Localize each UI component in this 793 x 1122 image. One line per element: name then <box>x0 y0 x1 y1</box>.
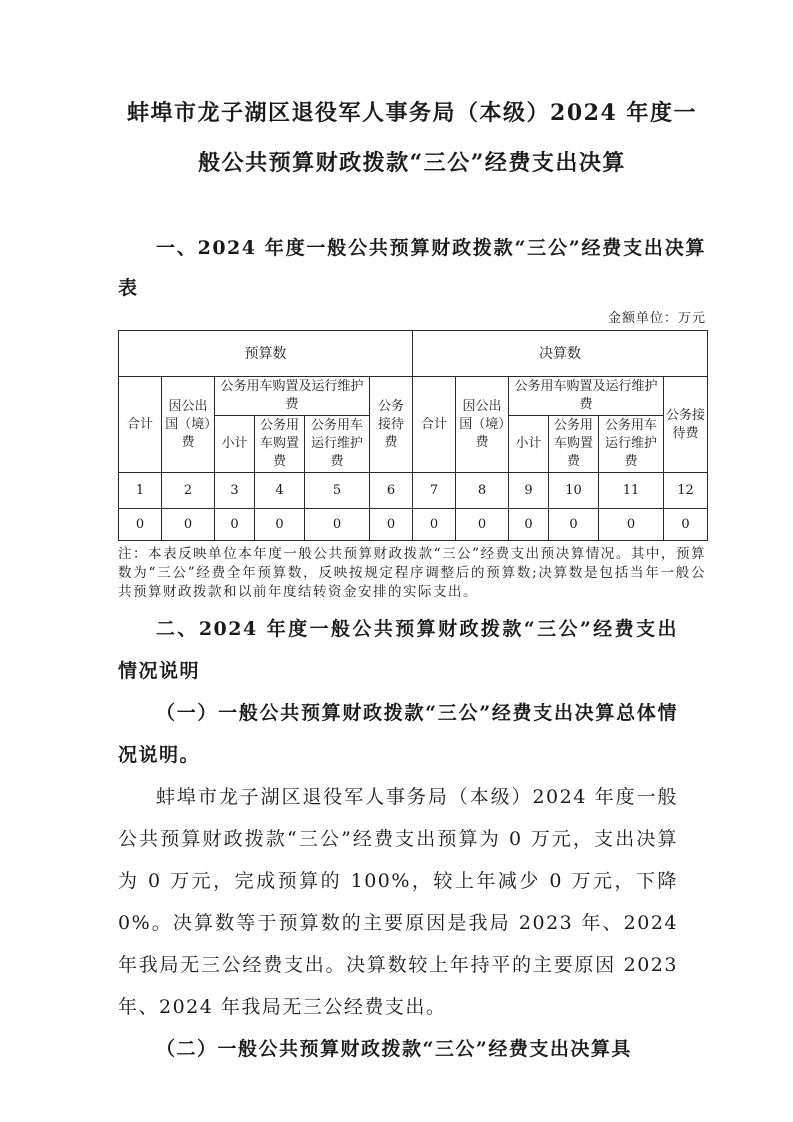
column-index-cell: 1 <box>119 473 162 509</box>
budget-col-vehicle-purchase: 公务用车购置费 <box>255 416 305 473</box>
value-cell: 0 <box>255 509 305 541</box>
column-index-cell: 6 <box>370 473 413 509</box>
document-title: 蚌埠市龙子湖区退役军人事务局（本级）2024 年度一般公共预算财政拨款“三公”经… <box>118 88 706 188</box>
value-cell: 0 <box>162 509 215 541</box>
value-cell: 0 <box>509 509 549 541</box>
final-col-vehicle-maintenance: 公务用车运行维护费 <box>599 416 664 473</box>
final-col-reception: 公务接待费 <box>664 377 708 473</box>
sangong-expense-table: 预算数 决算数 合计 因公出国（境）费 公务用车购置及运行维护费 公务接待费 合… <box>118 330 708 541</box>
column-index-cell: 4 <box>255 473 305 509</box>
column-index-cell: 3 <box>215 473 255 509</box>
budget-col-vehicle-subtotal: 小计 <box>215 416 255 473</box>
value-cell: 0 <box>413 509 456 541</box>
group-header-final: 决算数 <box>413 331 708 377</box>
budget-col-abroad: 因公出国（境）费 <box>162 377 215 473</box>
column-index-cell: 2 <box>162 473 215 509</box>
document-page: 蚌埠市龙子湖区退役军人事务局（本级）2024 年度一般公共预算财政拨款“三公”经… <box>0 0 793 1122</box>
final-col-vehicle-purchase: 公务用车购置费 <box>549 416 599 473</box>
table-header-row-upper: 合计 因公出国（境）费 公务用车购置及运行维护费 公务接待费 合计 因公出国（境… <box>119 377 708 416</box>
column-index-cell: 5 <box>305 473 370 509</box>
column-index-cell: 11 <box>599 473 664 509</box>
amount-unit-label: 金额单位：万元 <box>118 310 706 328</box>
sub-one-heading: （一）一般公共预算财政拨款“三公”经费支出决算总体情况说明。 <box>118 692 678 776</box>
column-index-cell: 9 <box>509 473 549 509</box>
value-cell: 0 <box>119 509 162 541</box>
column-index-cell: 7 <box>413 473 456 509</box>
budget-col-vehicle-maintenance: 公务用车运行维护费 <box>305 416 370 473</box>
budget-col-reception: 公务接待费 <box>370 377 413 473</box>
sub-two-heading: （二）一般公共预算财政拨款“三公”经费支出决算具 <box>118 1028 678 1070</box>
column-index-cell: 10 <box>549 473 599 509</box>
value-cell: 0 <box>305 509 370 541</box>
value-cell: 0 <box>599 509 664 541</box>
budget-col-total: 合计 <box>119 377 162 473</box>
table-note: 注：本表反映单位本年度一般公共预算财政拨款“三公”经费支出预决算情况。其中，预算… <box>118 545 706 602</box>
section-one-heading: 一、2024 年度一般公共预算财政拨款“三公”经费支出决算表 <box>118 228 706 308</box>
value-cell: 0 <box>549 509 599 541</box>
value-cell: 0 <box>370 509 413 541</box>
final-col-abroad: 因公出国（境）费 <box>456 377 509 473</box>
budget-col-vehicle-group: 公务用车购置及运行维护费 <box>215 377 370 416</box>
final-col-total: 合计 <box>413 377 456 473</box>
overall-situation-paragraph: 蚌埠市龙子湖区退役军人事务局（本级）2024 年度一般公共预算财政拨款“三公”经… <box>118 776 678 1028</box>
final-col-vehicle-group: 公务用车购置及运行维护费 <box>509 377 664 416</box>
column-index-cell: 8 <box>456 473 509 509</box>
final-col-vehicle-subtotal: 小计 <box>509 416 549 473</box>
group-header-budget: 预算数 <box>119 331 413 377</box>
table-column-index-row: 1 2 3 4 5 6 7 8 9 10 11 12 <box>119 473 708 509</box>
value-cell: 0 <box>456 509 509 541</box>
section-two: 二、2024 年度一般公共预算财政拨款“三公”经费支出情况说明 （一）一般公共预… <box>118 608 678 1070</box>
table-group-header-row: 预算数 决算数 <box>119 331 708 377</box>
section-two-heading: 二、2024 年度一般公共预算财政拨款“三公”经费支出情况说明 <box>118 608 678 692</box>
value-cell: 0 <box>664 509 708 541</box>
table-value-row: 0 0 0 0 0 0 0 0 0 0 0 0 <box>119 509 708 541</box>
value-cell: 0 <box>215 509 255 541</box>
column-index-cell: 12 <box>664 473 708 509</box>
